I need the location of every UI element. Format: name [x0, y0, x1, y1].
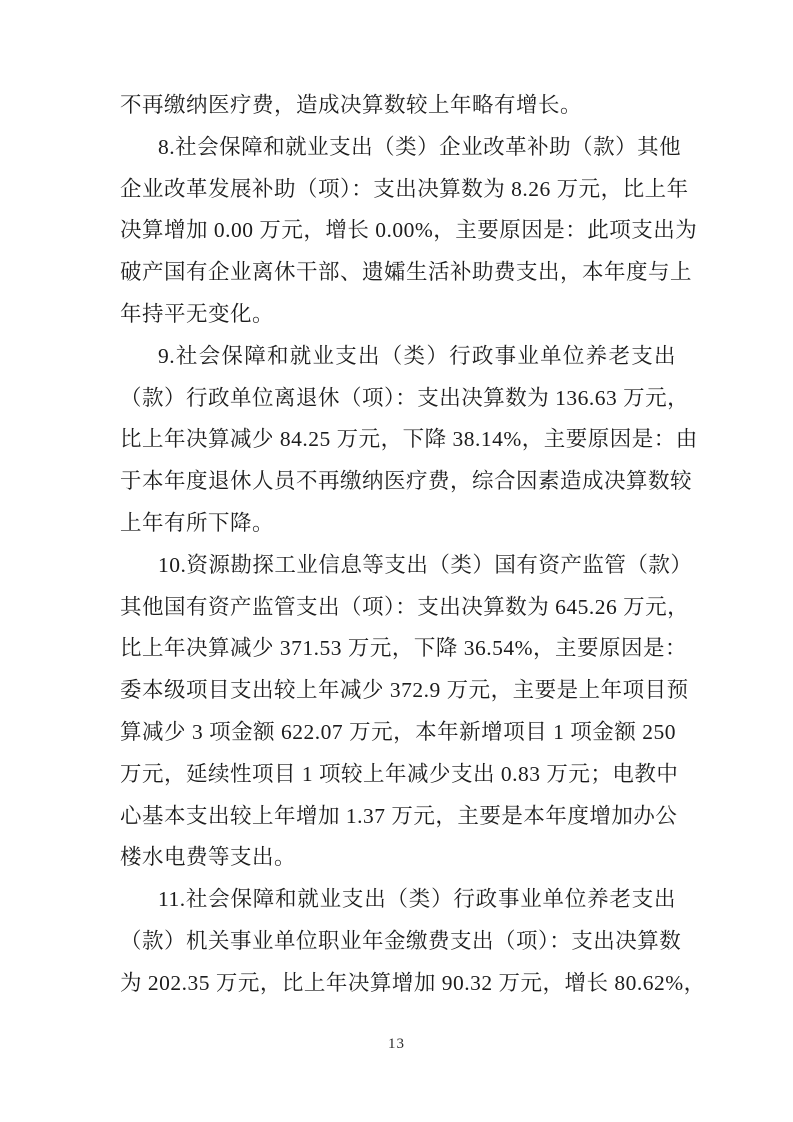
document-line: （款）机关事业单位职业年金缴费支出（项）：支出决算数: [120, 921, 676, 963]
document-line: 不再缴纳医疗费，造成决算数较上年略有增长。: [120, 85, 676, 127]
page-number: 13: [0, 1034, 793, 1054]
document-line-paragraph-start: 11.社会保障和就业支出（类）行政事业单位养老支出: [120, 879, 676, 921]
document-line: 万元，延续性项目 1 项较上年减少支出 0.83 万元；电教中: [120, 754, 676, 796]
document-line: 比上年决算减少 84.25 万元，下降 38.14%，主要原因是：由: [120, 419, 676, 461]
document-line: 算减少 3 项金额 622.07 万元，本年新增项目 1 项金额 250: [120, 712, 676, 754]
document-line: 破产国有企业离休干部、遗孀生活补助费支出，本年度与上: [120, 252, 676, 294]
document-line: 年持平无变化。: [120, 294, 676, 336]
document-text-block: 不再缴纳医疗费，造成决算数较上年略有增长。 8.社会保障和就业支出（类）企业改革…: [120, 85, 676, 1005]
document-line-paragraph-start: 8.社会保障和就业支出（类）企业改革补助（款）其他: [120, 127, 676, 169]
document-line: 委本级项目支出较上年减少 372.9 万元，主要是上年项目预: [120, 670, 676, 712]
document-line: 楼水电费等支出。: [120, 837, 676, 879]
document-line: 上年有所下降。: [120, 503, 676, 545]
document-line: （款）行政单位离退休（项）：支出决算数为 136.63 万元，: [120, 378, 676, 420]
document-line: 决算增加 0.00 万元，增长 0.00%，主要原因是：此项支出为: [120, 210, 676, 252]
document-line: 其他国有资产监管支出（项）：支出决算数为 645.26 万元，: [120, 587, 676, 629]
document-line-paragraph-start: 9.社会保障和就业支出（类）行政事业单位养老支出: [120, 336, 676, 378]
document-page: 不再缴纳医疗费，造成决算数较上年略有增长。 8.社会保障和就业支出（类）企业改革…: [0, 0, 793, 1122]
document-line: 企业改革发展补助（项）：支出决算数为 8.26 万元，比上年: [120, 169, 676, 211]
document-line: 比上年决算减少 371.53 万元，下降 36.54%，主要原因是：: [120, 628, 676, 670]
document-line: 于本年度退休人员不再缴纳医疗费，综合因素造成决算数较: [120, 461, 676, 503]
document-line-paragraph-start: 10.资源勘探工业信息等支出（类）国有资产监管（款）: [120, 545, 676, 587]
document-line: 为 202.35 万元，比上年决算增加 90.32 万元，增长 80.62%，: [120, 963, 676, 1005]
document-line: 心基本支出较上年增加 1.37 万元，主要是本年度增加办公: [120, 796, 676, 838]
